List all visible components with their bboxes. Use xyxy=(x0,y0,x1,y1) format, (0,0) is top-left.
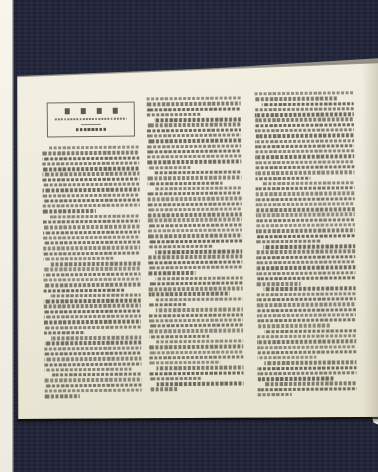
greeked-text-line xyxy=(258,377,335,381)
greeked-text-line xyxy=(154,118,241,122)
greeked-text-line xyxy=(155,186,242,190)
greeked-text-line xyxy=(156,339,243,343)
photo-of-liner-notes xyxy=(0,0,378,472)
greeked-text-line xyxy=(148,255,242,259)
greeked-text-line xyxy=(156,366,243,370)
greeked-text-line xyxy=(256,250,355,254)
greeked-text-line xyxy=(43,188,140,192)
greeked-text-line xyxy=(256,239,321,243)
greeked-text-line xyxy=(265,382,357,386)
greeked-text-line xyxy=(51,336,141,340)
greeked-text-line xyxy=(258,387,357,391)
title-glyph xyxy=(112,108,117,114)
greeked-text-line xyxy=(149,303,187,307)
title-glyph xyxy=(80,108,85,114)
greeked-text-line xyxy=(257,282,301,286)
greeked-text-line xyxy=(149,334,209,338)
greeked-text-line xyxy=(256,207,355,211)
greeked-text-line xyxy=(44,341,141,345)
greeked-text-line xyxy=(45,383,142,387)
greeked-text-line xyxy=(257,313,356,317)
greeked-text-line xyxy=(42,156,139,160)
greeked-text-line xyxy=(44,309,141,313)
greeked-text-line xyxy=(43,272,140,276)
greeked-text-line xyxy=(255,139,354,143)
greeked-text-line xyxy=(256,202,355,206)
greeked-text-line xyxy=(156,297,243,301)
greeked-text-line xyxy=(257,371,356,375)
greeked-text-line xyxy=(50,214,140,218)
greeked-text-line xyxy=(256,192,355,196)
greeked-text-line xyxy=(49,146,139,150)
greeked-text-line xyxy=(256,276,355,280)
greeked-text-line xyxy=(257,356,316,360)
greeked-text-line xyxy=(255,165,354,169)
greeked-text-line xyxy=(255,118,354,122)
greeked-text-line xyxy=(157,382,244,386)
title-glyph xyxy=(64,108,69,114)
greeked-text-line xyxy=(147,144,241,148)
greeked-text-line xyxy=(147,113,202,117)
greeked-text-line xyxy=(255,170,354,174)
greeked-text-line xyxy=(256,255,355,259)
greeked-text-line xyxy=(154,170,241,174)
greeked-text-line xyxy=(147,96,241,100)
greeked-text-line xyxy=(43,267,140,271)
greeked-text-line xyxy=(147,160,241,164)
greeked-text-line xyxy=(264,361,356,365)
greeked-text-line xyxy=(43,193,140,197)
greeked-text-line xyxy=(149,281,243,285)
greeked-text-line xyxy=(257,297,356,301)
greeked-text-line xyxy=(43,209,96,213)
greeked-text-line xyxy=(45,394,80,398)
text-column-3 xyxy=(255,91,357,403)
greeked-text-line xyxy=(147,102,241,106)
printed-content xyxy=(0,0,378,472)
greeked-text-line xyxy=(44,304,141,308)
greeked-text-line xyxy=(256,197,355,201)
greeked-text-line xyxy=(43,246,140,250)
author-credit xyxy=(76,128,106,132)
greeked-text-line xyxy=(149,350,243,354)
greeked-text-line xyxy=(147,149,241,153)
greeked-text-line xyxy=(148,223,242,227)
greeked-text-line xyxy=(255,112,354,116)
greeked-text-line xyxy=(43,230,140,234)
greeked-text-line xyxy=(262,102,354,106)
greeked-text-line xyxy=(149,318,243,322)
greeked-text-line xyxy=(149,355,243,359)
greeked-text-line xyxy=(44,362,141,366)
greeked-text-line xyxy=(147,176,241,180)
greeked-text-line xyxy=(42,167,139,171)
text-column-1 xyxy=(42,146,142,406)
title-divider xyxy=(81,124,101,125)
greeked-text-line xyxy=(149,345,243,349)
greeked-text-line xyxy=(255,97,338,101)
greeked-text-line xyxy=(156,308,243,312)
title-box xyxy=(47,102,135,138)
greeked-text-line xyxy=(264,287,356,291)
greeked-text-line xyxy=(256,260,355,264)
greeked-text-line xyxy=(44,278,141,282)
greeked-text-line xyxy=(149,361,220,365)
greeked-text-line xyxy=(148,239,242,243)
greeked-text-line xyxy=(257,324,330,328)
greeked-text-line xyxy=(255,149,354,153)
greeked-text-line xyxy=(148,234,242,238)
greeked-text-line xyxy=(45,378,142,382)
greeked-text-line xyxy=(148,218,242,222)
greeked-text-line xyxy=(147,133,241,137)
greeked-text-line xyxy=(257,366,356,370)
greeked-text-line xyxy=(50,262,140,266)
greeked-text-line xyxy=(44,315,141,319)
greeked-text-line xyxy=(44,325,141,329)
greeked-text-line xyxy=(257,339,356,343)
subtitle-text xyxy=(55,118,127,121)
greeked-text-line xyxy=(155,250,242,254)
greeked-text-line xyxy=(147,128,241,132)
greeked-text-line xyxy=(45,388,142,392)
greeked-text-line xyxy=(150,377,202,381)
greeked-text-line xyxy=(148,271,195,275)
greeked-text-line xyxy=(149,292,230,296)
greeked-text-line xyxy=(44,346,141,350)
greeked-text-line xyxy=(43,225,140,229)
greeked-text-line xyxy=(255,128,354,132)
greeked-text-line xyxy=(150,388,178,392)
greeked-text-line xyxy=(255,160,354,164)
greeked-text-line xyxy=(43,219,140,223)
greeked-text-line xyxy=(148,245,212,249)
greeked-text-line xyxy=(149,324,243,328)
greeked-text-line xyxy=(44,299,141,303)
greeked-text-line xyxy=(155,276,242,280)
greeked-text-line xyxy=(44,288,126,292)
greeked-text-line xyxy=(44,331,85,335)
greeked-text-line xyxy=(51,293,141,297)
greeked-text-line xyxy=(257,318,356,322)
greeked-text-line xyxy=(148,202,242,206)
greeked-text-line xyxy=(256,223,355,227)
greeked-text-line xyxy=(263,244,355,248)
greeked-text-line xyxy=(44,367,131,371)
greeked-text-line xyxy=(44,320,141,324)
title-glyph xyxy=(96,108,101,114)
text-column-2 xyxy=(147,96,244,397)
greeked-text-line xyxy=(43,198,140,202)
greeked-text-line xyxy=(148,265,242,269)
title-text xyxy=(64,108,117,114)
greeked-text-line xyxy=(255,176,310,180)
greeked-text-line xyxy=(43,182,140,186)
greeked-text-line xyxy=(256,271,355,275)
greeked-text-line xyxy=(147,181,222,185)
greeked-text-line xyxy=(51,373,141,377)
greeked-text-line xyxy=(147,123,241,127)
greeked-text-line xyxy=(148,207,242,211)
greeked-text-line xyxy=(257,334,356,338)
greeked-text-line xyxy=(255,144,354,148)
greeked-text-line xyxy=(148,260,242,264)
greeked-text-line xyxy=(255,134,354,138)
greeked-text-line xyxy=(255,123,354,127)
greeked-text-line xyxy=(43,241,140,245)
greeked-text-line xyxy=(42,172,139,176)
greeked-text-line xyxy=(256,186,355,190)
greeked-text-line xyxy=(255,155,354,159)
greeked-text-line xyxy=(42,177,139,181)
greeked-text-line xyxy=(256,218,355,222)
greeked-text-line xyxy=(257,308,356,312)
greeked-text-line xyxy=(258,393,292,397)
greeked-text-line xyxy=(149,313,243,317)
greeked-text-line xyxy=(43,257,113,261)
greeked-text-line xyxy=(149,287,243,291)
greeked-text-line xyxy=(257,303,356,307)
greeked-text-line xyxy=(43,204,140,208)
greeked-text-line xyxy=(257,292,356,296)
greeked-text-line xyxy=(264,329,356,333)
greeked-text-line xyxy=(147,166,190,170)
greeked-text-line xyxy=(255,91,354,95)
greeked-text-line xyxy=(147,139,241,143)
greeked-text-line xyxy=(148,228,242,232)
greeked-text-line xyxy=(148,197,242,201)
greeked-text-line xyxy=(148,192,242,196)
greeked-text-line xyxy=(263,181,355,185)
greeked-text-line xyxy=(257,350,356,354)
greeked-text-line xyxy=(43,235,140,239)
greeked-text-line xyxy=(149,371,243,375)
greeked-text-line xyxy=(256,229,355,233)
greeked-text-line xyxy=(256,213,355,217)
greeked-text-line xyxy=(44,357,141,361)
greeked-text-line xyxy=(42,151,139,155)
greeked-text-line xyxy=(44,351,141,355)
greeked-text-line xyxy=(147,155,241,159)
greeked-text-line xyxy=(149,329,243,333)
greeked-text-line xyxy=(42,161,139,165)
greeked-text-line xyxy=(44,283,141,287)
greeked-text-line xyxy=(256,234,355,238)
greeked-text-line xyxy=(147,107,241,111)
greeked-text-line xyxy=(43,251,140,255)
greeked-text-line xyxy=(148,213,242,217)
greeked-text-line xyxy=(257,345,356,349)
greeked-text-line xyxy=(256,266,355,270)
greeked-text-line xyxy=(255,107,354,111)
